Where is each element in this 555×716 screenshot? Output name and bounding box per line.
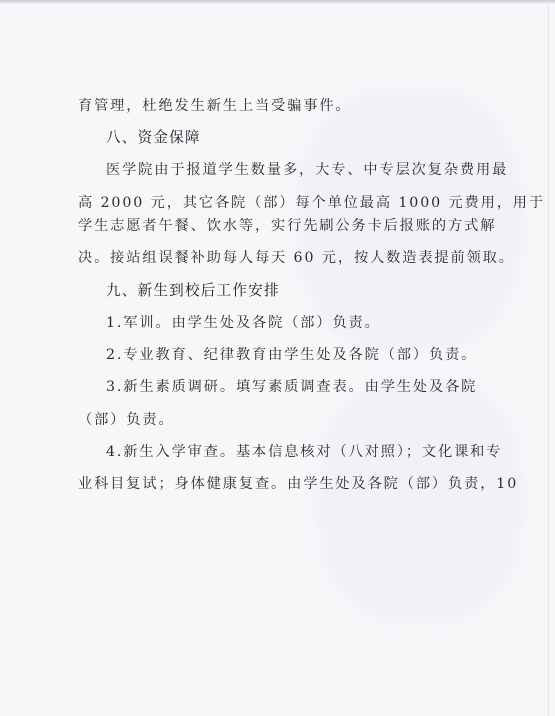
- scan-right-edge: [548, 4, 549, 716]
- scan-top-edge: [0, 0, 555, 4]
- section-heading-arrangements: 九、新生到校后工作安排: [106, 281, 280, 301]
- text-line: 高 2000 元，其它各院（部）每个单位最高 1000 元费用，用于: [78, 193, 545, 213]
- text-line: （部）负责。: [78, 410, 175, 430]
- list-item: 3.新生素质调研。填写素质调查表。由学生处及各院: [106, 377, 477, 397]
- text-line: 决。接站组误餐补助每人每天 60 元，按人数造表提前领取。: [78, 248, 515, 268]
- text-line: 学生志愿者午餐、饮水等，实行先刷公务卡后报账的方式解: [78, 216, 496, 236]
- section-heading-funding: 八、资金保障: [106, 128, 201, 148]
- list-item: 1.军训。由学生处及各院（部）负责。: [106, 313, 381, 333]
- text-line: 育管理，杜绝发生新生上当受骗事件。: [78, 96, 352, 116]
- list-item: 4.新生入学审查。基本信息核对（八对照）；文化课和专: [106, 442, 502, 462]
- list-item: 2.专业教育、纪律教育由学生处及各院（部）负责。: [106, 345, 477, 365]
- text-line: 业科目复试；身体健康复查。由学生处及各院（部）负责，10: [78, 474, 518, 494]
- text-line: 医学院由于报道学生数量多，大专、中专层次复杂费用最: [106, 160, 508, 180]
- bleed-through-shadow: [320, 380, 520, 620]
